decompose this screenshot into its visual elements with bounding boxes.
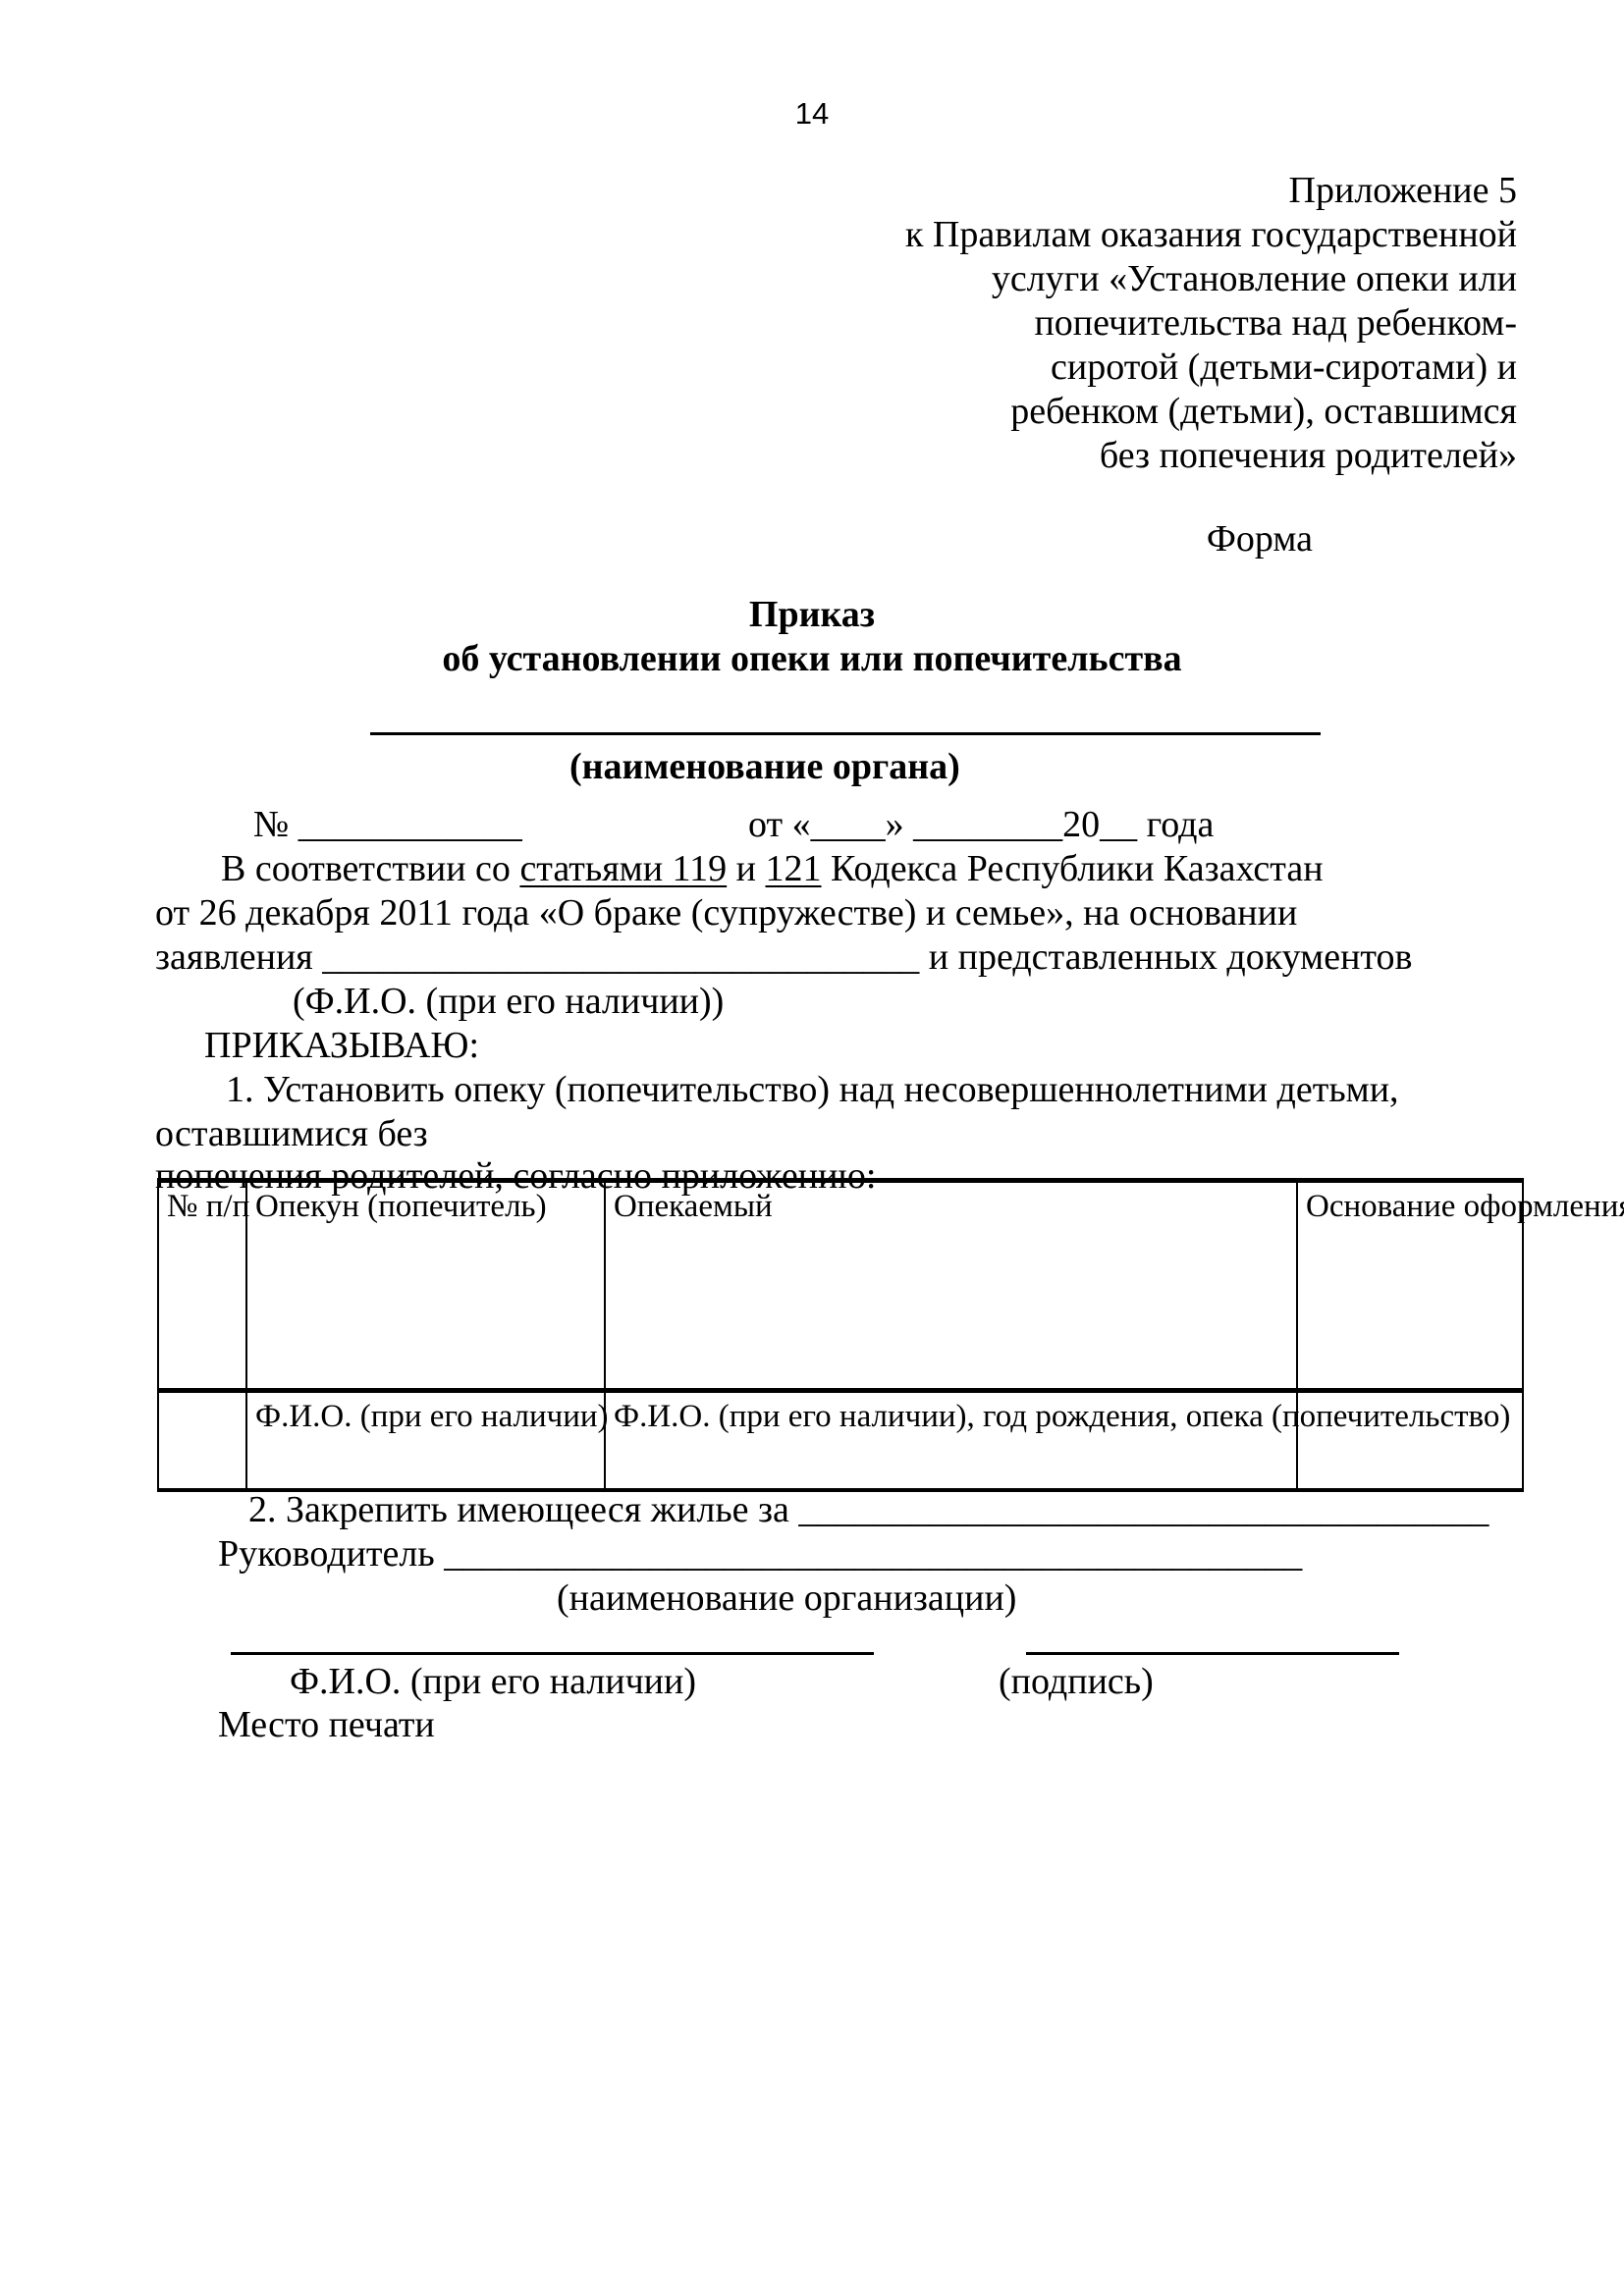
item2-housing-blank-line: 2. Закрепить имеющееся жилье за ________…: [248, 1488, 1489, 1531]
item1-line1: 1. Установить опеку (попечительство) над…: [226, 1068, 1399, 1111]
order-date-blank: от «____» ________20__ года: [748, 803, 1214, 846]
form-label: Форма: [1207, 517, 1313, 561]
article-121-ref: 121: [766, 848, 822, 889]
intro-text: В соответствии со: [221, 848, 519, 889]
document-title-line2: об установлении опеки или попечительства: [0, 637, 1624, 680]
table-header-row: № п/п Опекун (попечитель) Опекаемый Осно…: [158, 1181, 1523, 1391]
intro-text: и: [727, 848, 765, 889]
application-blank-line: заявления ______________________________…: [155, 935, 1412, 979]
organization-caption: (наименование организации): [557, 1576, 1016, 1620]
table-row: Ф.И.О. (при его наличии) Ф.И.О. (при его…: [158, 1391, 1523, 1491]
intro-line1: В соответствии со статьями 119 и 121 Код…: [221, 847, 1324, 890]
guardianship-table: № п/п Опекун (попечитель) Опекаемый Осно…: [157, 1178, 1522, 1492]
cell-guardian: Ф.И.О. (при его наличии): [246, 1391, 605, 1491]
page-number: 14: [0, 96, 1624, 132]
appendix-line: к Правилам оказания государственной: [905, 213, 1517, 257]
item1-line2: оставшимися без: [155, 1112, 428, 1155]
appendix-line: услуги «Установление опеки или: [905, 257, 1517, 301]
header-cell-number: № п/п: [158, 1181, 246, 1391]
org-name-caption: (наименование органа): [569, 745, 960, 788]
cell-ward: Ф.И.О. (при его наличии), год рождения, …: [605, 1391, 1297, 1491]
appendix-line: Приложение 5: [905, 169, 1517, 213]
signature-caption: (подпись): [999, 1660, 1154, 1703]
blank-line-signature: [1026, 1652, 1399, 1655]
appendix-line: сиротой (детьми-сиротами) и: [905, 346, 1517, 390]
order-word: ПРИКАЗЫВАЮ:: [204, 1024, 479, 1067]
document-title-line1: Приказ: [0, 593, 1624, 636]
appendix-block: Приложение 5 к Правилам оказания государ…: [905, 169, 1517, 478]
signature-fio-caption: Ф.И.О. (при его наличии): [290, 1660, 696, 1703]
intro-text: Кодекса Республики Казахстан: [822, 848, 1324, 889]
guardianship-table-grid: № п/п Опекун (попечитель) Опекаемый Осно…: [157, 1178, 1524, 1492]
appendix-line: попечительства над ребенком-: [905, 301, 1517, 346]
leader-blank-line: Руководитель ___________________________…: [218, 1532, 1302, 1575]
intro-line2: от 26 декабря 2011 года «О браке (супруж…: [155, 891, 1297, 934]
fio-caption: (Ф.И.О. (при его наличии)): [293, 980, 724, 1023]
appendix-line: ребенком (детьми), оставшимся: [905, 390, 1517, 434]
article-119-ref: статьями 119: [519, 848, 727, 889]
order-number-blank: № ____________: [253, 803, 522, 846]
header-cell-ward: Опекаемый: [605, 1181, 1297, 1391]
header-cell-basis: Основание оформления опеки и попечительс…: [1297, 1181, 1523, 1391]
blank-line-org-name: [370, 732, 1321, 735]
seal-place-label: Место печати: [218, 1703, 435, 1746]
header-cell-guardian: Опекун (попечитель): [246, 1181, 605, 1391]
appendix-line: без попечения родителей»: [905, 434, 1517, 478]
blank-line-signature-fio: [231, 1652, 874, 1655]
document-page: 14 Приложение 5 к Правилам оказания госу…: [0, 0, 1624, 2296]
cell-number: [158, 1391, 246, 1491]
